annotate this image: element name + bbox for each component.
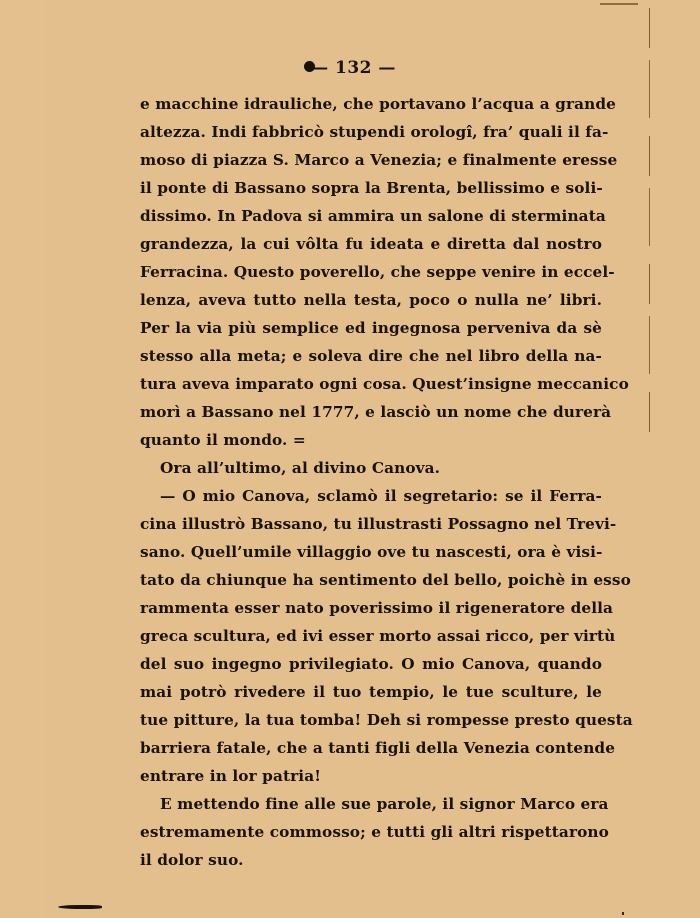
text-line: il ponte di Bassano sopra la Brenta, bel… [140, 174, 602, 202]
text-line: tue pitture, la tua tomba! Deh si rompes… [140, 706, 602, 734]
text-line: stesso alla meta; e soleva dire che nel … [140, 342, 602, 370]
page-number-header: — 132 — [0, 58, 700, 78]
text-line: mai potrò rivedere il tuo tempio, le tue… [140, 678, 602, 706]
text-line: quanto il mondo. = [140, 426, 602, 454]
text-line: il dolor suo. [140, 846, 602, 874]
text-line: altezza. Indi fabbricò stupendi orologî,… [140, 118, 602, 146]
scan-artifact-dot [622, 912, 624, 915]
paragraph-ferracina: e macchine idrauliche, che portavano l’a… [140, 90, 602, 454]
text-line: sano. Quell’umile villaggio ove tu nasce… [140, 538, 602, 566]
text-line: tato da chiunque ha sentimento del bello… [140, 566, 602, 594]
scan-artifact-top-rule [600, 3, 638, 5]
text-line: morì a Bassano nel 1777, e lasciò un nom… [140, 398, 602, 426]
text-line: dissimo. In Padova si ammira un salone d… [140, 202, 602, 230]
text-line: grandezza, la cui vôlta fu ideata e dire… [140, 230, 602, 258]
text-line: tura aveva imparato ogni cosa. Quest’ins… [140, 370, 602, 398]
text-line: barriera fatale, che a tanti figli della… [140, 734, 602, 762]
paragraph-conclusion: E mettendo fine alle sue parole, il sign… [140, 790, 602, 874]
text-line: Ora all’ultimo, al divino Canova. [140, 454, 602, 482]
text-line: greca scultura, ed ivi esser morto assai… [140, 622, 602, 650]
text-line: estremamente commosso; e tutti gli altri… [140, 818, 602, 846]
body-text: e macchine idrauliche, che portavano l’a… [140, 90, 602, 874]
text-line: Per la via più semplice ed ingegnosa per… [140, 314, 602, 342]
page-number: — 132 — [311, 58, 396, 78]
paragraph-canova-intro: Ora all’ultimo, al divino Canova. [140, 454, 602, 482]
text-line: lenza, aveva tutto nella testa, poco o n… [140, 286, 602, 314]
text-line: entrare in lor patria! [140, 762, 602, 790]
text-line: rammenta esser nato poverissimo il rigen… [140, 594, 602, 622]
text-line: del suo ingegno privilegiato. O mio Cano… [140, 650, 602, 678]
text-line: — O mio Canova, sclamò il segretario: se… [140, 482, 602, 510]
text-line: cina illustrò Bassano, tu illustrasti Po… [140, 510, 602, 538]
text-line: moso di piazza S. Marco a Venezia; e fin… [140, 146, 602, 174]
text-line: Ferracina. Questo poverello, che seppe v… [140, 258, 602, 286]
page-margin-left [0, 0, 46, 918]
text-line: E mettendo fine alle sue parole, il sign… [140, 790, 602, 818]
paragraph-canova-speech: — O mio Canova, sclamò il segretario: se… [140, 482, 602, 790]
text-line: e macchine idrauliche, che portavano l’a… [140, 90, 602, 118]
scan-artifact-ink-smudge [58, 905, 102, 909]
